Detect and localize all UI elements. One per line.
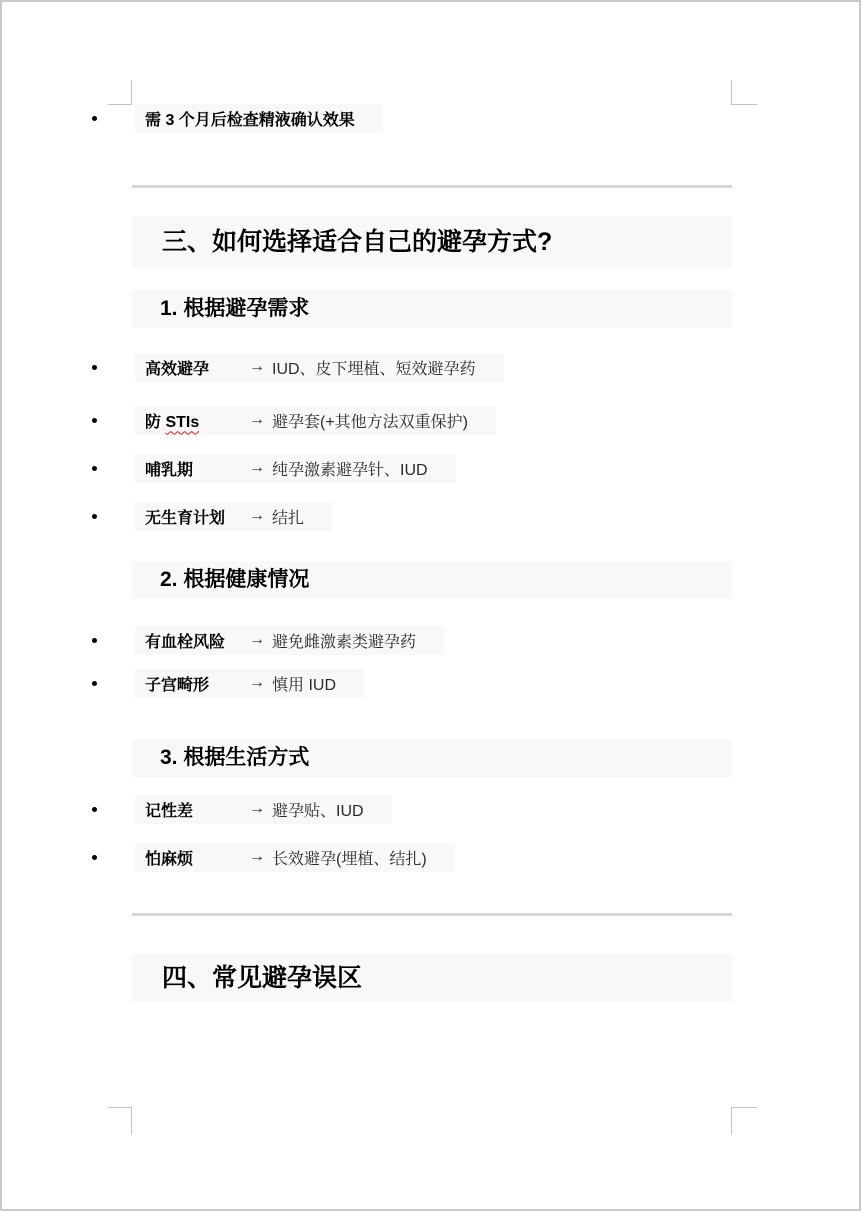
bullet-dot-icon bbox=[92, 466, 97, 471]
section-heading-3: 三、如何选择适合自己的避孕方式? bbox=[132, 216, 732, 268]
bullet-dot-icon bbox=[92, 418, 97, 423]
bullet-dot-icon bbox=[92, 681, 97, 686]
arrow-icon: → bbox=[249, 411, 265, 429]
arrow-icon: → bbox=[249, 459, 265, 477]
arrow-icon: → bbox=[249, 507, 265, 525]
bullet-text: 避孕套(+其他方法双重保护) bbox=[272, 409, 468, 432]
bullet-dot-icon bbox=[92, 855, 97, 860]
arrow-icon: → bbox=[249, 800, 265, 818]
bullet-label: 高效避孕 bbox=[145, 356, 249, 379]
bullet-item-no-fertility-plan: 无生育计划 → 结扎 bbox=[92, 503, 332, 529]
bullet-text: 纯孕激素避孕针、IUD bbox=[272, 457, 428, 480]
bullet-label: 哺乳期 bbox=[145, 457, 249, 480]
bullet-label: 怕麻烦 bbox=[145, 846, 249, 869]
bullet-item-uterine-malformation: 子宫畸形 → 慎用 IUD bbox=[92, 670, 364, 696]
bullet-item-followup-check: 需 3 个月后检查精液确认效果 bbox=[92, 105, 383, 131]
bullet-label: 子宫畸形 bbox=[145, 672, 249, 695]
bullet-dot-icon bbox=[92, 116, 97, 121]
crop-mark-top-left-icon bbox=[108, 80, 132, 105]
crop-mark-top-right-icon bbox=[731, 80, 757, 105]
bullet-content: 有血栓风险 → 避免雌激素类避孕药 bbox=[135, 626, 444, 655]
bullet-dot-icon bbox=[92, 807, 97, 812]
section-heading-4: 四、常见避孕误区 bbox=[132, 954, 732, 1002]
subsection-heading-1: 1. 根据避孕需求 bbox=[132, 290, 732, 328]
misspelled-word: STIs bbox=[165, 414, 199, 431]
bullet-label: 防 STIs bbox=[145, 409, 249, 432]
arrow-icon: → bbox=[249, 358, 265, 376]
bullet-label: 记性差 bbox=[145, 798, 249, 821]
bullet-label: 有血栓风险 bbox=[145, 629, 249, 652]
arrow-icon: → bbox=[249, 674, 265, 692]
bullet-dot-icon bbox=[92, 514, 97, 519]
bullet-content: 记性差 → 避孕贴、IUD bbox=[135, 795, 392, 824]
bullet-item-sti-protection: 防 STIs → 避孕套(+其他方法双重保护) bbox=[92, 407, 496, 433]
document-page: 需 3 个月后检查精液确认效果 三、如何选择适合自己的避孕方式? 1. 根据避孕… bbox=[0, 0, 861, 1211]
arrow-icon: → bbox=[249, 631, 265, 649]
bullet-content: 怕麻烦 → 长效避孕(埋植、结扎) bbox=[135, 843, 455, 872]
bullet-text: 避免雌激素类避孕药 bbox=[272, 629, 416, 652]
bullet-text: 慎用 IUD bbox=[272, 672, 336, 695]
bullet-item-thrombosis-risk: 有血栓风险 → 避免雌激素类避孕药 bbox=[92, 627, 444, 653]
bullet-item-high-efficiency: 高效避孕 → IUD、皮下埋植、短效避孕药 bbox=[92, 354, 504, 380]
subsection-heading-2: 2. 根据健康情况 bbox=[132, 561, 732, 599]
bullet-dot-icon bbox=[92, 365, 97, 370]
bullet-content: 哺乳期 → 纯孕激素避孕针、IUD bbox=[135, 454, 456, 483]
bullet-text: 避孕贴、IUD bbox=[272, 798, 364, 821]
bullet-item-forgetful: 记性差 → 避孕贴、IUD bbox=[92, 796, 392, 822]
bullet-label-prefix: 防 bbox=[145, 414, 165, 431]
subsection-heading-3: 3. 根据生活方式 bbox=[132, 739, 732, 777]
bullet-text: 需 3 个月后检查精液确认效果 bbox=[145, 107, 355, 130]
bullet-content: 高效避孕 → IUD、皮下埋植、短效避孕药 bbox=[135, 353, 504, 382]
bullet-item-hassle-averse: 怕麻烦 → 长效避孕(埋植、结扎) bbox=[92, 844, 455, 870]
crop-mark-bottom-left-icon bbox=[108, 1107, 132, 1135]
bullet-dot-icon bbox=[92, 638, 97, 643]
bullet-label: 无生育计划 bbox=[145, 505, 249, 528]
bullet-text: 结扎 bbox=[272, 505, 304, 528]
section-divider bbox=[132, 913, 732, 916]
arrow-icon: → bbox=[249, 848, 265, 866]
bullet-content: 防 STIs → 避孕套(+其他方法双重保护) bbox=[135, 406, 496, 435]
bullet-content: 子宫畸形 → 慎用 IUD bbox=[135, 669, 364, 698]
section-divider bbox=[132, 185, 732, 188]
crop-mark-bottom-right-icon bbox=[731, 1107, 757, 1135]
bullet-text: 长效避孕(埋植、结扎) bbox=[272, 846, 427, 869]
bullet-content: 需 3 个月后检查精液确认效果 bbox=[135, 104, 383, 133]
bullet-text: IUD、皮下埋植、短效避孕药 bbox=[272, 356, 476, 379]
bullet-content: 无生育计划 → 结扎 bbox=[135, 502, 332, 531]
bullet-item-lactation: 哺乳期 → 纯孕激素避孕针、IUD bbox=[92, 455, 456, 481]
